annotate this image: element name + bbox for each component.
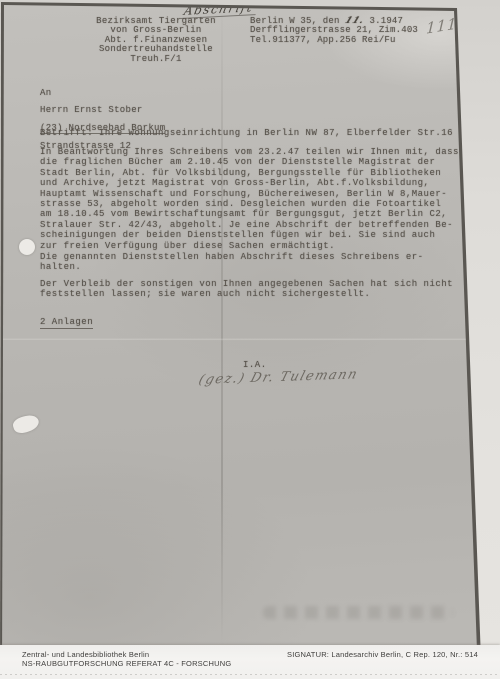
handwritten-folio-number: 111: [426, 14, 458, 37]
letterhead-right-block: Berlin W 35, den 11. 3.1947 Derfflingers…: [250, 17, 418, 45]
vertical-fold-crease: [221, 0, 223, 645]
recipient-name: Herrn Ernst Stober: [40, 106, 165, 115]
subject-line: Betrifft: Ihre Wohnungseinrichtung in Be…: [40, 128, 453, 138]
body-paragraph-3: Der Verbleib der sonstigen von Ihnen ang…: [40, 279, 453, 300]
body-paragraph-1: In Beantwortung Ihres Schreibens vom 23.…: [40, 147, 459, 251]
recipient-intro: An: [40, 89, 165, 98]
perforation-line: [0, 674, 500, 675]
sender-address-block: Bezirksamt Tiergarten von Gross-Berlin A…: [56, 17, 256, 64]
body-paragraph-2: Die genannten Dienststellen haben Abschr…: [40, 252, 424, 273]
letter-page: Abschrift 111 Bezirksamt Tiergarten von …: [0, 0, 500, 679]
horizontal-fold-crease: [0, 338, 500, 341]
institution-line2: NS-RAUBGUTFORSCHUNG REFERAT 4C - FORSCHU…: [22, 659, 231, 668]
phone-line: Tel.911377, App.256 Rei/Fu: [250, 36, 418, 45]
handwritten-day: 11.: [343, 17, 365, 26]
archive-signature-label: SIGNATUR: Landesarchiv Berlin, C Rep. 12…: [287, 651, 478, 660]
punch-hole-bottom: [11, 412, 41, 435]
ink-bleedthrough: [263, 606, 453, 619]
archive-footer-bar: Zentral- und Landesbibliothek BerlinNS-R…: [0, 645, 500, 679]
punch-hole-top: [19, 239, 35, 255]
closing-typed: I.A.: [243, 360, 267, 370]
enclosures-note: 2 Anlagen: [40, 317, 93, 327]
enclosures-text: 2 Anlagen: [40, 317, 93, 329]
archive-institution-label: Zentral- und Landesbibliothek BerlinNS-R…: [22, 651, 231, 668]
